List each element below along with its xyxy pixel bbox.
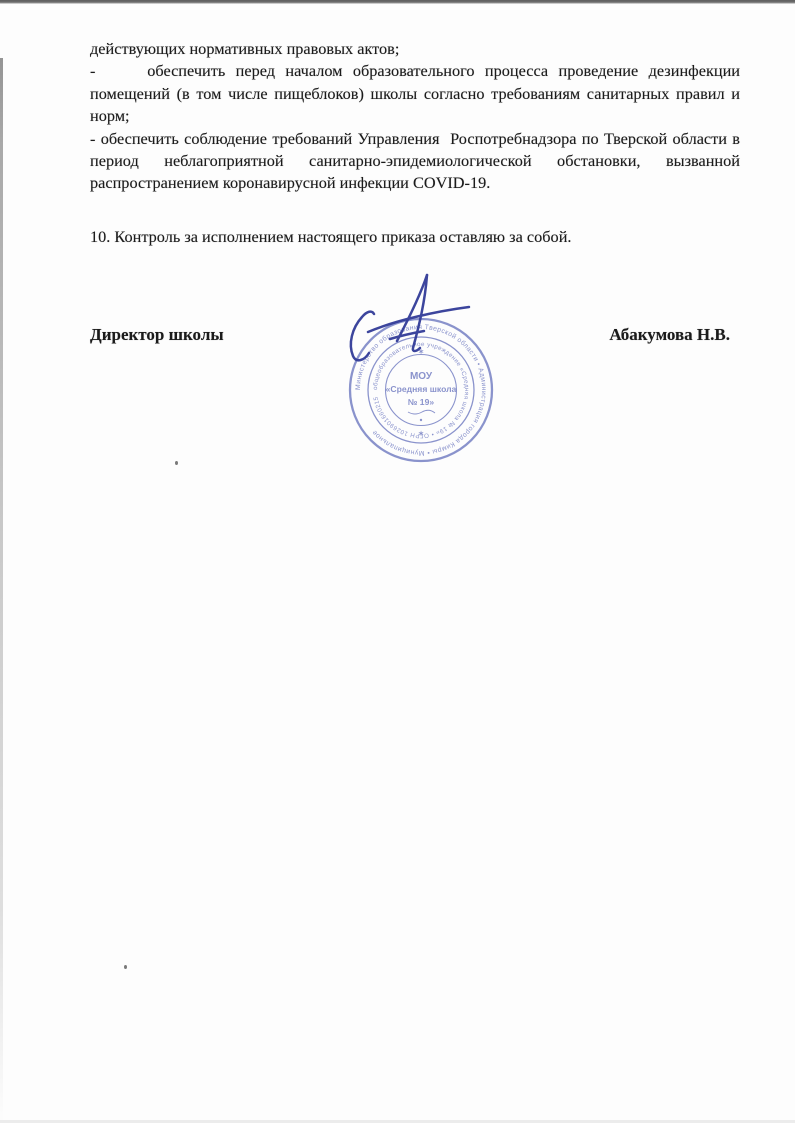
scan-edge-top	[0, 0, 795, 4]
stamp-center-dot	[420, 419, 422, 421]
text-line: помещений (в том числе пищеблоков) школы…	[90, 83, 740, 105]
text-line: - обеспечить перед началом образовательн…	[90, 60, 740, 82]
stamp-bottom-separator: ✶	[418, 430, 424, 438]
text-line: распространением коронавирусной инфекции…	[90, 172, 740, 194]
stamp-school-name: «Средняя школа	[386, 384, 457, 394]
document-page: действующих нормативных правовых актов; …	[0, 0, 795, 1123]
scan-edge-left	[0, 58, 3, 1123]
text-line: норм;	[90, 105, 740, 127]
text-line: действующих нормативных правовых актов;	[90, 38, 740, 60]
stamp-center-flourish	[408, 410, 435, 414]
document-body: действующих нормативных правовых актов; …	[90, 38, 740, 249]
scan-speck	[175, 461, 178, 465]
director-name-label: Абакумова Н.В.	[609, 325, 730, 345]
signature-left-hook-stroke	[351, 312, 374, 361]
scan-speck	[124, 965, 127, 969]
stamp-school-number: № 19»	[408, 397, 435, 407]
signature-peak-right-leg	[413, 275, 427, 351]
blank-line	[90, 195, 740, 217]
handwritten-signature	[338, 262, 480, 374]
control-clause-line: 10. Контроль за исполнением настоящего п…	[90, 226, 740, 248]
text-line: период неблагоприятной санитарно-эпидеми…	[90, 150, 740, 172]
director-title-label: Директор школы	[90, 325, 224, 345]
signature-short-crossbar	[390, 331, 424, 339]
text-line: - обеспечить соблюдение требований Управ…	[90, 128, 740, 150]
